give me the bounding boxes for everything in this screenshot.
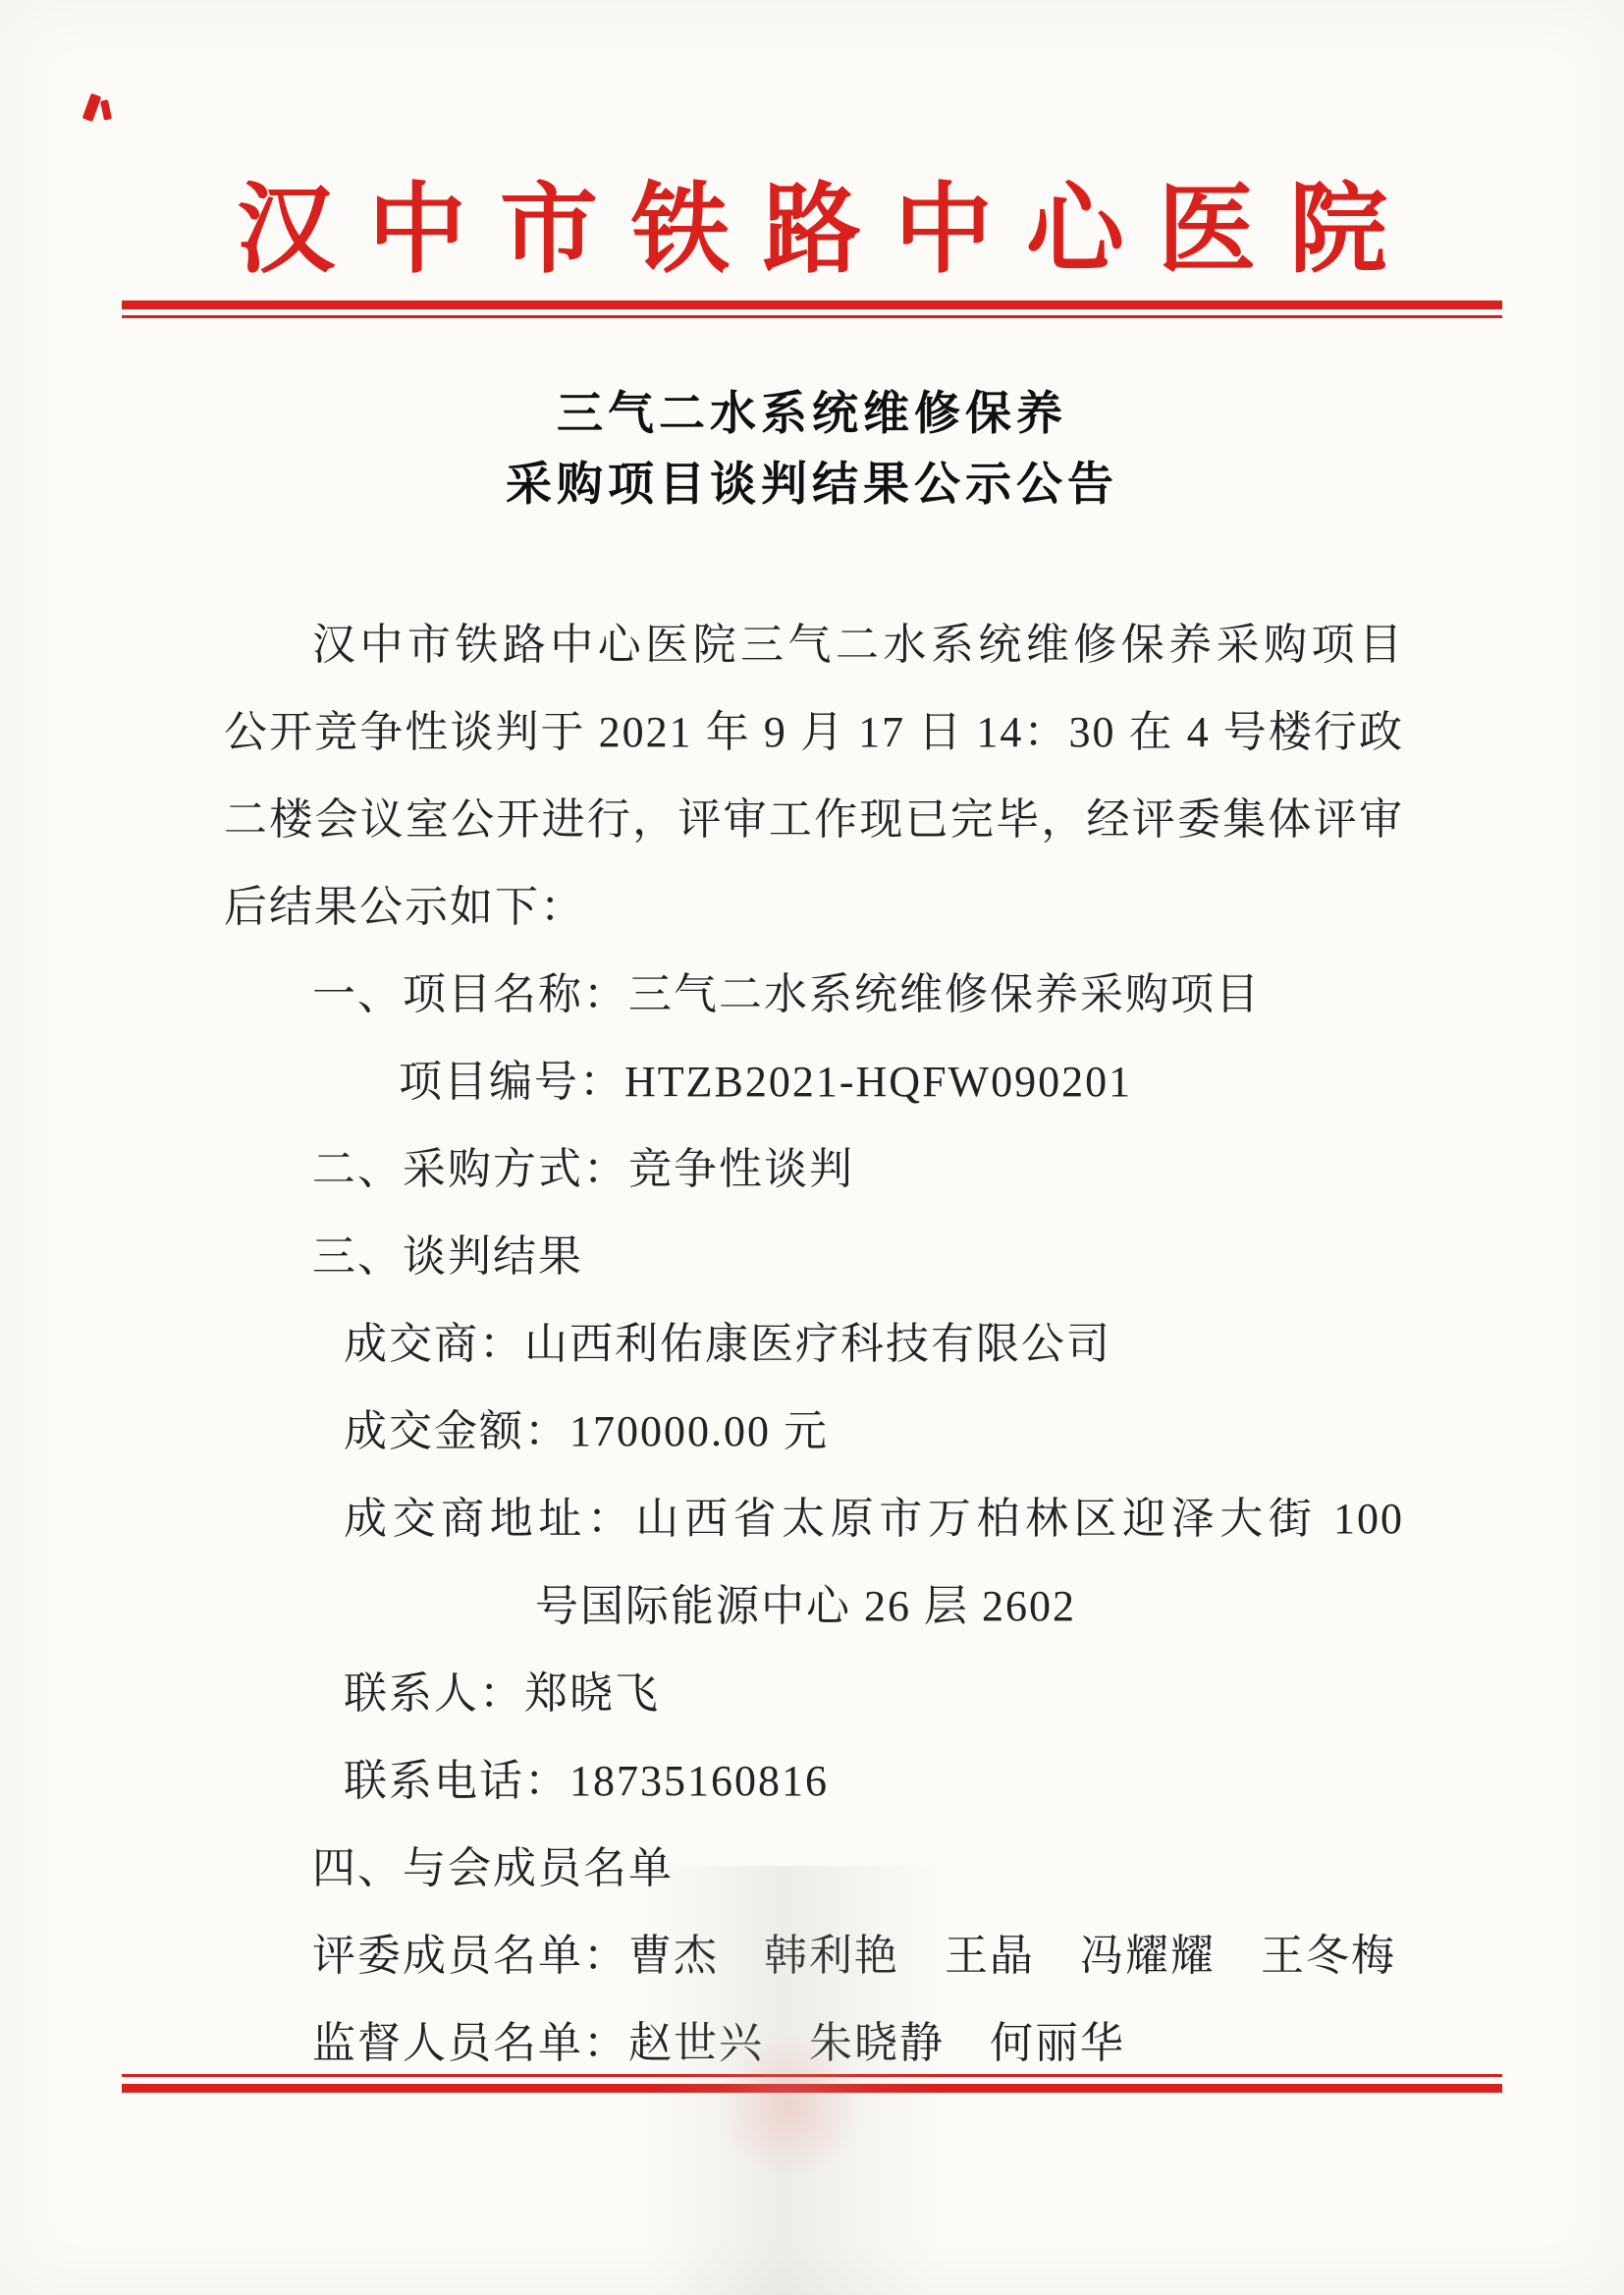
item-contact-person: 联系人：郑晓飞 [224, 1650, 1404, 1737]
footer-rule-bottom-thin [122, 2074, 1502, 2077]
intro-line-2: 公开竞争性谈判于 2021 年 9 月 17 日 14：30 在 4 号楼行政 [224, 688, 1404, 776]
item-supplier-address-1: 成交商地址：山西省太原市万柏林区迎泽大街 100 [224, 1475, 1404, 1562]
scan-ink-speck [82, 93, 102, 122]
footer-rule-bottom-thick [122, 2084, 1502, 2093]
item-project-number: 项目编号：HTZB2021-HQFW090201 [224, 1038, 1404, 1125]
item-winning-supplier: 成交商：山西利佑康医疗科技有限公司 [224, 1300, 1404, 1388]
letterhead-hospital-name: 汉中市铁路中心医院 [0, 173, 1624, 289]
document-title-line1: 三气二水系统维修保养 [0, 385, 1624, 442]
intro-line-3: 二楼会议室公开进行，评审工作现已完毕，经评委集体评审 [224, 776, 1404, 863]
item-deal-amount: 成交金额：170000.00 元 [224, 1388, 1404, 1475]
intro-line-1: 汉中市铁路中心医院三气二水系统维修保养采购项目 [224, 601, 1404, 688]
intro-line-4: 后结果公示如下： [224, 863, 1404, 951]
document-page: 汉中市铁路中心医院 三气二水系统维修保养 采购项目谈判结果公示公告 汉中市铁路中… [0, 0, 1624, 2295]
letterhead-rule-top-thick [122, 301, 1502, 309]
item-supplier-address-2: 号国际能源中心 26 层 2602 [224, 1562, 1404, 1650]
document-title-line2: 采购项目谈判结果公示公告 [0, 456, 1624, 513]
item-jury-members: 评委成员名单：曹杰 韩利艳 王晶 冯耀耀 王冬梅 [224, 1912, 1404, 1999]
item-attendee-heading: 四、与会成员名单 [224, 1825, 1404, 1912]
document-body: 汉中市铁路中心医院三气二水系统维修保养采购项目 公开竞争性谈判于 2021 年 … [224, 601, 1404, 2087]
scan-ink-speck [100, 99, 112, 120]
item-contact-phone: 联系电话：18735160816 [224, 1737, 1404, 1825]
item-project-name: 一、项目名称：三气二水系统维修保养采购项目 [224, 951, 1404, 1038]
letterhead-rule-top-thin [122, 315, 1502, 318]
item-procurement-method: 二、采购方式：竞争性谈判 [224, 1125, 1404, 1213]
item-negotiation-result: 三、谈判结果 [224, 1213, 1404, 1300]
